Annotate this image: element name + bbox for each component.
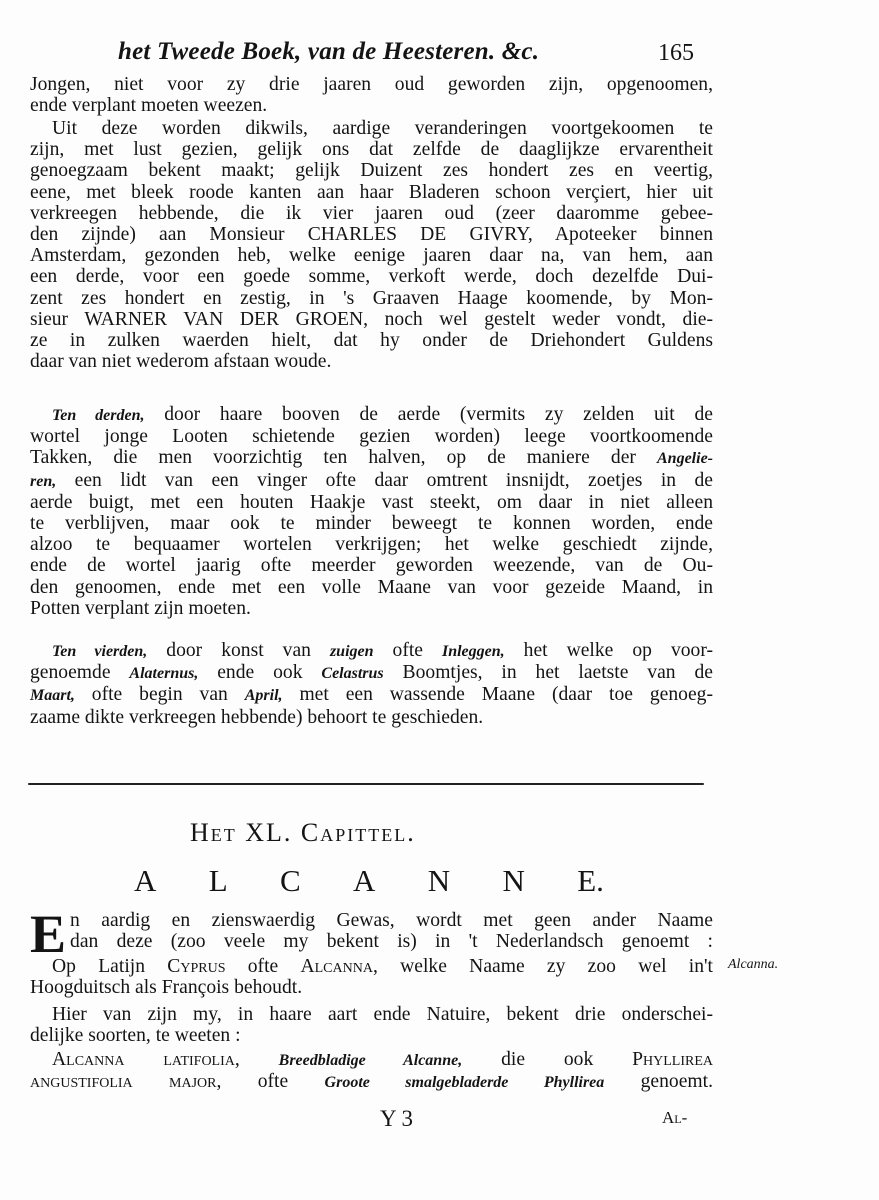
text-line: Jongen, niet voor zy drie jaaren oud gew… <box>30 74 713 95</box>
text-line: Op Latijn Cyprus ofte Alcanna, welke Naa… <box>30 956 713 977</box>
text-line: wortel jonge Looten schietende gezien wo… <box>30 426 713 447</box>
paragraph-continuation: Jongen, niet voor zy drie jaaren oud gew… <box>30 74 713 116</box>
text-line: genoegzaam bekent maakt; gelijk Duizent … <box>30 160 713 181</box>
paragraph-ten-vierden: Ten vierden, door konst van zuigen ofte … <box>30 640 713 728</box>
signature-mark: Y 3 <box>380 1106 413 1132</box>
text-line: sieur WARNER VAN DER GROEN, noch wel ges… <box>30 309 713 330</box>
text-line: aerde buigt, met een houten Haakje vast … <box>30 492 713 513</box>
text-line: den zijnde) aan Monsieur CHARLES DE GIVR… <box>30 224 713 245</box>
book-page: het Tweede Boek, van de Heesteren. &c. 1… <box>0 0 879 1200</box>
section-divider <box>28 783 704 785</box>
text-line: Ten vierden, door konst van zuigen ofte … <box>30 640 713 662</box>
text-line: delijke soorten, te weeten : <box>30 1025 713 1046</box>
text-line: een derde, voor een goede somme, verkoft… <box>30 266 713 287</box>
text-line: daar van niet wederom afstaan woude. <box>30 351 713 372</box>
text-line: ze in zulken waerden hielt, dat hy onder… <box>30 330 713 351</box>
text-line: ren, een lidt van een vinger ofte daar o… <box>30 470 713 492</box>
text-line: alzoo te bequaamer wortelen verkrijgen; … <box>30 534 713 555</box>
paragraph-intro-alcanne: E n aardig en zienswaerdig Gewas, wordt … <box>30 910 713 998</box>
paragraph-ten-derden: Ten derden, door haare booven de aerde (… <box>30 404 713 619</box>
paragraph-veranderingen: Uit deze worden dikwils, aardige verande… <box>30 118 713 372</box>
paragraph-soorten: Hier van zijn my, in haare aart ende Nat… <box>30 1004 713 1046</box>
text-line: genoemde Alaternus, ende ook Celastrus B… <box>30 662 713 684</box>
text-line: te verblijven, maar ook te minder beweeg… <box>30 513 713 534</box>
page-number: 165 <box>658 40 694 67</box>
text-line: Alcanna latifolia, Breedbladige Alcanne,… <box>30 1049 713 1071</box>
text-line: ende verplant moeten weezen. <box>30 95 713 116</box>
chapter-heading: Het XL. Capittel. <box>0 818 879 848</box>
italic-lead: Ten derden, <box>52 407 144 424</box>
page-header: het Tweede Boek, van de Heesteren. &c. 1… <box>118 38 718 78</box>
text-line: Hier van zijn my, in haare aart ende Nat… <box>30 1004 713 1025</box>
text-line: Hoogduitsch als François behoudt. <box>30 977 713 998</box>
text-line: zijn, met lust gezien, gelijk ons dat ze… <box>30 139 713 160</box>
margin-note: Alcanna. <box>728 957 778 973</box>
text-line: Amsterdam, gezonden heb, welke eenige ja… <box>30 245 713 266</box>
catchword: Al- <box>662 1108 687 1128</box>
text-line: den genoomen, ende met een volle Maane v… <box>30 577 713 598</box>
text-line: ende de wortel jaarig ofte meerder gewor… <box>30 555 713 576</box>
running-title: het Tweede Boek, van de Heesteren. &c. <box>118 38 539 66</box>
text-line: n aardig en zienswaerdig Gewas, wordt me… <box>30 910 713 931</box>
text-line: Uit deze worden dikwils, aardige verande… <box>30 118 713 139</box>
text-line: zaame dikte verkreegen hebbende) behoort… <box>30 707 713 728</box>
paragraph-alcanna-latifolia: Alcanna latifolia, Breedbladige Alcanne,… <box>30 1049 713 1093</box>
text-line: Potten verplant zijn moeten. <box>30 598 713 619</box>
text-line: eene, met bleek roode kanten aan haar Bl… <box>30 182 713 203</box>
text-line: Maart, ofte begin van April, met een was… <box>30 684 713 706</box>
text-line: angustifolia major, ofte Groote smalgebl… <box>30 1071 713 1093</box>
text-line: Takken, die men voorzichtig ten halven, … <box>30 447 713 469</box>
drop-cap: E <box>30 912 66 956</box>
text-line: verkreegen hebbende, die ik vier jaaren … <box>30 203 713 224</box>
text-line: zent zes hondert en zestig, in 's Graave… <box>30 288 713 309</box>
text-line: Ten derden, door haare booven de aerde (… <box>30 404 713 426</box>
text-line: dan deze (zoo veele my bekent is) in 't … <box>30 931 713 952</box>
chapter-title: A L C A N N E. <box>134 863 604 899</box>
